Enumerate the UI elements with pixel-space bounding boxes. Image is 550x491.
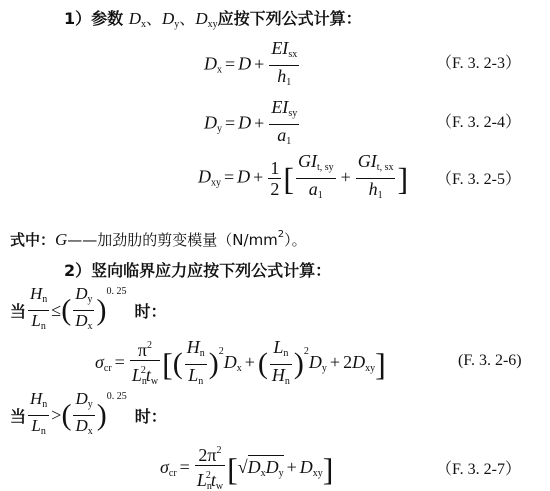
section1-heading-pre: 参数: [91, 9, 129, 28]
condition-2: 当HnLn>(DyDx)0. 25时：: [10, 389, 167, 442]
section1-number: 1）: [64, 9, 91, 28]
condition1-exponent: 0. 25: [106, 286, 126, 297]
equation-sigma-cr-1: σcr=π2Ln2tw[(HnLn)2Dx+(LnHn)2Dy+2Dxy]: [95, 336, 386, 392]
note-prefix: 式中：: [10, 231, 55, 249]
condition2-suffix: 时：: [135, 407, 167, 426]
condition-1: 当HnLn≤(DyDx)0. 25时：: [10, 284, 166, 337]
equation-dxy: Dxy=D+12[GIt, sya1+GIt, sxh1]: [198, 151, 408, 206]
equation-number-f327: （F. 3. 2-7）: [436, 456, 521, 479]
section1-heading-post: 应按下列公式计算：: [218, 9, 362, 28]
condition1-suffix: 时：: [134, 302, 166, 321]
equation-dx: Dx=D+EIsxh1: [204, 38, 301, 93]
section2-heading: 2）竖向临界应力应按下列公式计算：: [64, 258, 331, 281]
condition2-relation: >: [51, 405, 61, 425]
equation-number-f326: (F. 3. 2-6): [458, 352, 522, 370]
condition2-prefix: 当: [10, 407, 26, 426]
note-text: 加劲肋的剪变模量（N/mm: [97, 231, 278, 249]
equation-number-f323: （F. 3. 2-3）: [436, 50, 521, 73]
note-dash: ——: [67, 231, 97, 249]
note-line: 式中：G——加劲肋的剪变模量（N/mm2）。: [10, 229, 307, 250]
equation-number-f325: （F. 3. 2-5）: [436, 166, 521, 189]
equation-sigma-cr-2: σcr=2π2Ln2tw[√DxDy+Dxy]: [160, 441, 333, 491]
condition2-exponent: 0. 25: [107, 391, 127, 402]
condition1-prefix: 当: [10, 302, 26, 321]
section2-number: 2）: [64, 261, 91, 280]
note-symbol: G: [55, 230, 67, 249]
equation-number-f324: （F. 3. 2-4）: [436, 109, 521, 132]
section2-heading-text: 竖向临界应力应按下列公式计算：: [91, 261, 331, 280]
section1-heading: 1）参数 Dx、Dy、Dxy应按下列公式计算：: [64, 6, 362, 30]
condition1-relation: ≤: [51, 300, 61, 320]
note-suffix: ）。: [284, 231, 307, 249]
equation-dy: Dy=D+EIsya1: [204, 97, 301, 152]
